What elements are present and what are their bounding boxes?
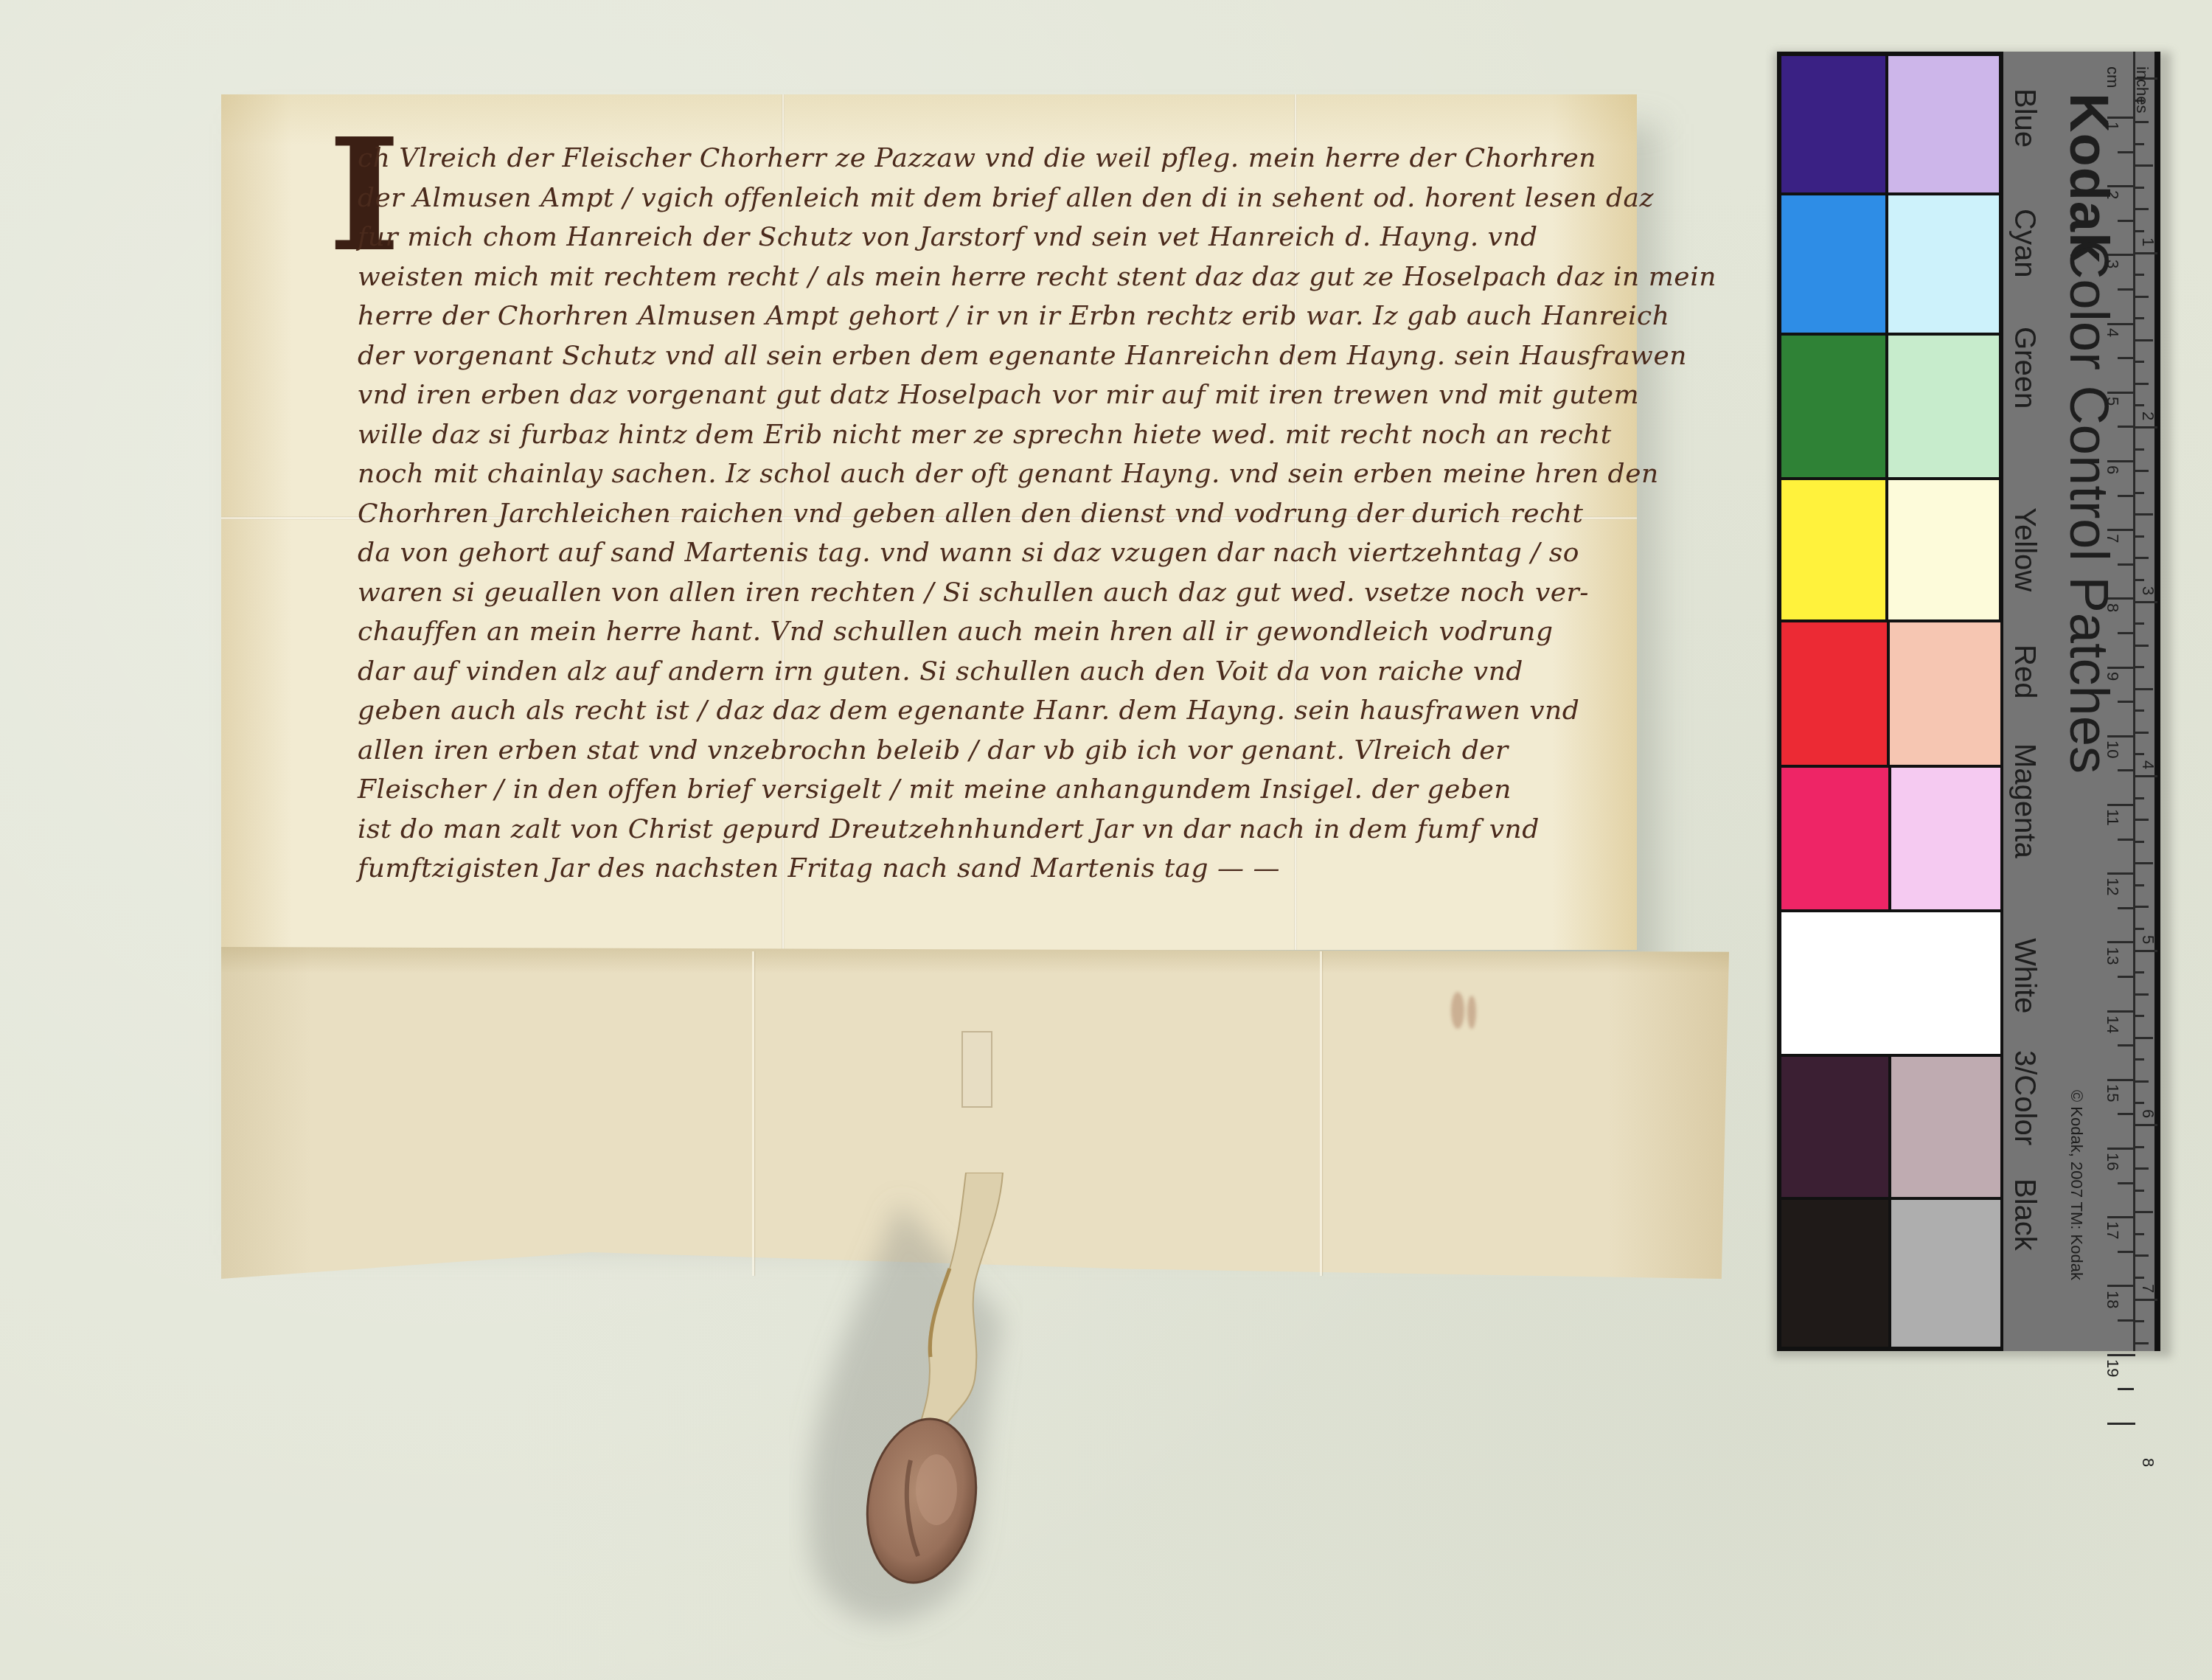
ruler-tick-cm	[2107, 1010, 2135, 1013]
ruler-tick-inch	[2135, 971, 2144, 973]
patch-yellow-light	[1888, 480, 1999, 619]
ruler-tick-inch	[2135, 1233, 2144, 1235]
text-line: der Almusen Ampt / vgich offenleich mit …	[358, 178, 1633, 218]
seal-impression	[916, 1454, 957, 1525]
ruler-cm-number: 12	[2103, 878, 2122, 895]
patch-red-light	[1890, 622, 2000, 765]
patch-3color-light	[1891, 1057, 2000, 1197]
ruler-inch-number: 2	[2138, 412, 2157, 420]
ruler-tick-cm	[2107, 1285, 2135, 1287]
ruler-inch-number: 3	[2138, 586, 2157, 595]
patch-3color-dark	[1781, 1057, 1888, 1197]
ruler-inch-number: 4	[2138, 760, 2157, 769]
ruler-tick-inch	[2135, 622, 2144, 625]
ruler-tick-inch	[2135, 535, 2144, 538]
label-blue: Blue	[2008, 88, 2041, 147]
ruler-tick-inch	[2135, 296, 2149, 298]
ruler-inch-number: 5	[2138, 935, 2157, 944]
ruler-cm-number: 3	[2103, 260, 2122, 268]
patch-green-dark	[1781, 336, 1885, 477]
patch-red-dark	[1781, 622, 1887, 765]
text-line: wille daz si furbaz hintz dem Erib nicht…	[358, 415, 1633, 455]
ruler-tick-cm	[2107, 1079, 2135, 1081]
ruler-tick-cm	[2107, 1423, 2135, 1425]
ruler-tick-inch	[2135, 448, 2144, 451]
ruler-tick-inch	[2135, 819, 2149, 821]
label-magenta: Magenta	[2008, 743, 2041, 858]
hanging-seal	[782, 1173, 1091, 1674]
text-line: weisten mich mit rechtem recht / als mei…	[358, 257, 1633, 297]
text-line: waren si geuallen von allen iren rechten…	[358, 573, 1633, 613]
ruler-tick-inch	[2135, 164, 2153, 167]
card-title: Color Control Patches	[2058, 240, 2121, 774]
ruler-tick-inch	[2135, 688, 2153, 690]
ruler-cm-number: 4	[2103, 328, 2122, 337]
ruler-tick-inch	[2135, 1058, 2144, 1061]
label-black: Black	[2008, 1179, 2041, 1251]
ink-stain	[1467, 996, 1476, 1029]
ruler-tick-inch	[2135, 753, 2144, 755]
ruler-tick-inch	[2135, 426, 2157, 428]
text-line: allen iren erben stat vnd vnzebrochn bel…	[358, 731, 1633, 771]
ruler-tick-cm	[2118, 1319, 2134, 1322]
ruler-inch-number: 6	[2138, 1109, 2157, 1118]
ruler-tick-inch	[2135, 1299, 2157, 1301]
ruler-inch-number: 7	[2138, 1284, 2157, 1293]
ruler-tick-cm	[2107, 1216, 2135, 1218]
ruler-tick-inch	[2135, 230, 2144, 232]
label-green: Green	[2008, 327, 2041, 409]
ruler-cm-number: 17	[2103, 1221, 2122, 1239]
ruler-tick-cm	[2118, 1113, 2134, 1115]
ruler-cm-label: cm	[2103, 66, 2122, 88]
ruler-cm-number: 11	[2103, 809, 2122, 826]
patch-cyan-light	[1888, 195, 1999, 333]
ruler-cm-number: 2	[2103, 190, 2122, 199]
label-white: White	[2008, 938, 2041, 1013]
ruler-tick-inch	[2135, 1146, 2144, 1148]
patch-black-dark	[1781, 1200, 1888, 1347]
ruler-tick-inch	[2135, 492, 2144, 494]
patch-black-light	[1891, 1200, 2000, 1347]
ruler-tick-inch	[2135, 906, 2149, 908]
patch-green-light	[1888, 336, 1999, 477]
ruler-tick-cm	[2118, 976, 2134, 978]
ruler-tick-cm	[2107, 1148, 2135, 1150]
ruler-cm-number: 1	[2103, 122, 2122, 131]
label-yellow: Yellow	[2008, 507, 2041, 591]
patch-magenta-light	[1891, 768, 2000, 909]
ruler-tick-inch	[2135, 208, 2149, 210]
plica-crease	[1320, 951, 1322, 1276]
ruler-tick-inch	[2135, 993, 2149, 996]
ruler-tick-inch	[2135, 841, 2144, 843]
patch-magenta-dark	[1781, 768, 1888, 909]
ruler-tick-inch	[2135, 884, 2144, 886]
copyright-text: © Kodak, 2007 TM: Kodak	[2067, 1090, 2086, 1280]
ruler-tick-inch	[2135, 1320, 2144, 1322]
text-line: fumftzigisten Jar des nachsten Fritag na…	[358, 849, 1633, 889]
ruler-tick-inch	[2135, 950, 2157, 952]
ruler-tick-inch	[2135, 928, 2144, 930]
ruler-tick-cm	[2107, 804, 2135, 806]
text-line: dar auf vinden alz auf andern irn guten.…	[358, 652, 1633, 692]
ruler-tick-inch	[2135, 862, 2153, 864]
ruler-tick-inch	[2135, 1211, 2153, 1213]
ruler-cm-number: 5	[2103, 397, 2122, 406]
ruler-tick-inch	[2135, 601, 2157, 603]
ruler-tick-inch	[2135, 1167, 2149, 1170]
label-cyan: Cyan	[2008, 209, 2041, 277]
ruler-tick-inch	[2135, 361, 2144, 363]
ruler-tick-inch	[2135, 775, 2157, 777]
ruler-tick-inch	[2135, 666, 2144, 668]
patch-blue-light	[1888, 56, 1999, 192]
ruler-tick-inch	[2135, 557, 2149, 559]
ruler-tick-inch	[2135, 1102, 2144, 1104]
ruler-tick-cm	[2107, 872, 2135, 875]
ruler-tick-inch	[2135, 252, 2157, 254]
ruler-inch-number: 8	[2138, 1458, 2157, 1467]
ruler-tick-inch	[2135, 121, 2149, 123]
ruler-tick-inch	[2135, 143, 2144, 145]
charter-text: ch Vlreich der Fleischer Chorherr ze Paz…	[358, 139, 1633, 889]
ruler-tick-inch	[2135, 187, 2144, 189]
ruler-cm-number: 16	[2103, 1153, 2122, 1170]
ruler-tick-cm	[2107, 941, 2135, 943]
text-line: geben auch als recht ist / daz daz dem e…	[358, 691, 1633, 731]
ruler-cm-number: 9	[2103, 672, 2122, 681]
ruler-inch-number: 1	[2138, 237, 2157, 246]
ruler-tick-cm	[2118, 907, 2134, 909]
ruler-tick-inch	[2135, 404, 2144, 406]
ruler-tick-inch	[2135, 709, 2144, 712]
seal-slit	[961, 1031, 992, 1108]
ruler-tick-inch	[2135, 1254, 2149, 1257]
ruler-tick-inch	[2135, 1342, 2149, 1344]
text-line: Chorhren Jarchleichen raichen vnd geben …	[358, 494, 1633, 534]
ruler-cm-number: 14	[2103, 1016, 2122, 1033]
ruler-tick-inch	[2135, 1015, 2144, 1017]
patch-yellow-dark	[1781, 480, 1885, 619]
ruler-tick-inch	[2135, 1080, 2149, 1083]
ruler-inch-label: inches	[2132, 66, 2152, 114]
ruler-cm-number: 18	[2103, 1291, 2122, 1308]
ruler-tick-cm	[2118, 1182, 2134, 1184]
ruler-cm-number: 10	[2103, 740, 2122, 758]
ruler-tick-cm	[2118, 839, 2134, 841]
text-line: noch mit chainlay sachen. Iz schol auch …	[358, 454, 1633, 494]
ruler-tick-cm	[2118, 1044, 2134, 1046]
text-line: ist do man zalt von Christ gepurd Dreutz…	[358, 810, 1633, 850]
text-line: fur mich chom Hanreich der Schutz von Ja…	[358, 218, 1633, 257]
ink-stain	[1451, 992, 1464, 1029]
text-line: da von gehort auf sand Martenis tag. vnd…	[358, 533, 1633, 573]
plica-crease	[752, 951, 754, 1276]
ruler-tick-inch	[2135, 274, 2144, 276]
ruler-tick-inch	[2135, 1124, 2157, 1126]
ruler-cm-number: 7	[2103, 534, 2122, 543]
text-line: der vorgenant Schutz vnd all sein erben …	[358, 336, 1633, 376]
ruler-tick-inch	[2135, 513, 2153, 516]
label-red: Red	[2008, 645, 2041, 698]
text-line: chauffen an mein herre hant. Vnd schulle…	[358, 612, 1633, 652]
brand-logo: Kodak	[2058, 93, 2121, 263]
ruler-tick-inch	[2135, 732, 2149, 734]
ruler-cm-number: 13	[2103, 947, 2122, 965]
ruler-cm-number: 6	[2103, 465, 2122, 474]
ruler-cm-number: 15	[2103, 1084, 2122, 1102]
ruler-tick-inch	[2135, 797, 2144, 799]
text-line: herre der Chorhren Almusen Ampt gehort /…	[358, 296, 1633, 336]
ruler-tick-inch	[2135, 1277, 2144, 1279]
ruler-cm-number: 8	[2103, 603, 2122, 612]
patch-white	[1781, 912, 2000, 1054]
ruler-tick-inch	[2135, 383, 2149, 385]
ruler-tick-cm	[2118, 1251, 2134, 1253]
ruler-tick-inch	[2135, 339, 2153, 341]
ruler-tick-cm	[2118, 1388, 2134, 1390]
label-3color: 3/Color	[2008, 1050, 2041, 1145]
ruler-tick-inch	[2135, 470, 2149, 472]
patch-cyan-dark	[1781, 195, 1885, 333]
ruler-tick-inch	[2135, 579, 2144, 581]
text-line: ch Vlreich der Fleischer Chorherr ze Paz…	[358, 139, 1633, 178]
ruler-tick-inch	[2135, 1190, 2144, 1192]
ruler-tick-inch	[2135, 645, 2149, 647]
text-line: vnd iren erben daz vorgenant gut datz Ho…	[358, 375, 1633, 415]
text-line: Fleischer / in den offen brief versigelt…	[358, 770, 1633, 810]
ruler-cm-number: 19	[2103, 1359, 2122, 1377]
patch-blue-dark	[1781, 56, 1885, 192]
ruler-tick-cm	[2107, 1354, 2135, 1356]
ruler-tick-inch	[2135, 1037, 2153, 1039]
ruler-tick-inch	[2135, 317, 2144, 319]
